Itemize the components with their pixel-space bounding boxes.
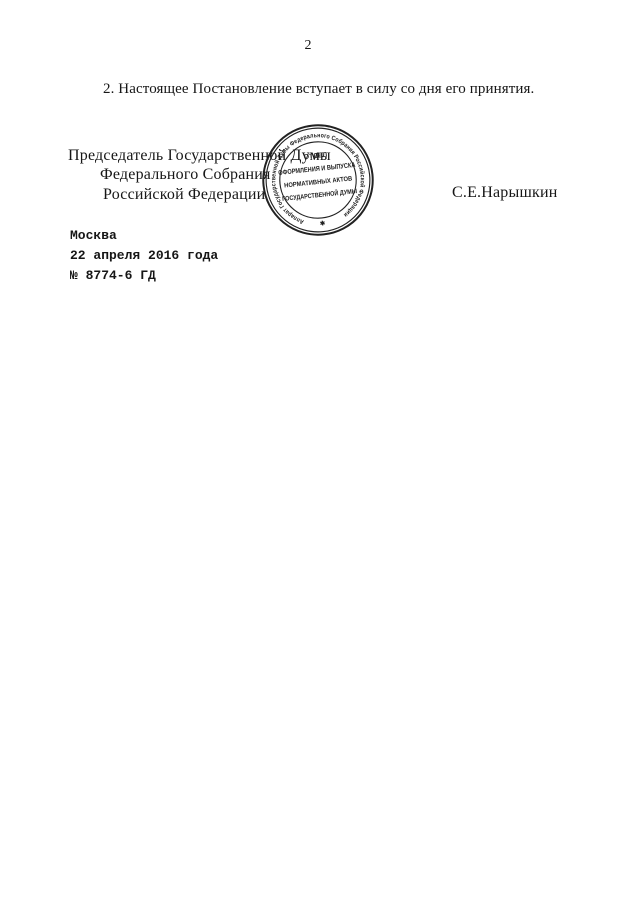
stamp-center-line-2: ОФОРМЛЕНИЯ И ВЫПУСКА: [278, 162, 356, 177]
footer-date: 22 апреля 2016 года: [70, 246, 218, 266]
stamp-ring-text-holder: Аппарат Государственной Думы Федеральног…: [266, 127, 372, 228]
footer-document-number: № 8774-6 ГД: [70, 266, 218, 286]
document-page: 2 2. Настоящее Постановление вступает в …: [0, 0, 640, 905]
stamp-ring-text: Аппарат Государственной Думы Федеральног…: [266, 127, 372, 228]
stamp-group: Аппарат Государственной Думы Федеральног…: [261, 123, 375, 237]
stamp-center-line-3: НОРМАТИВНЫХ АКТОВ: [284, 175, 353, 189]
signer-title-line-2: Федерального Собрания: [100, 166, 271, 184]
signer-title-line-3: Российской Федерации: [103, 186, 265, 204]
page-number: 2: [0, 38, 616, 54]
signer-name: С.Е.Нарышкин: [452, 184, 557, 202]
footer-city: Москва: [70, 226, 218, 246]
resolution-clause-text: 2. Настоящее Постановление вступает в си…: [103, 81, 534, 98]
stamp-star-icon: ✱: [320, 220, 326, 228]
duma-seal-stamp-icon: Аппарат Государственной Думы Федеральног…: [261, 123, 375, 237]
issuance-block: Москва 22 апреля 2016 года № 8774-6 ГД: [70, 226, 218, 286]
stamp-center-line-1: ОТДЕЛ: [303, 152, 327, 161]
